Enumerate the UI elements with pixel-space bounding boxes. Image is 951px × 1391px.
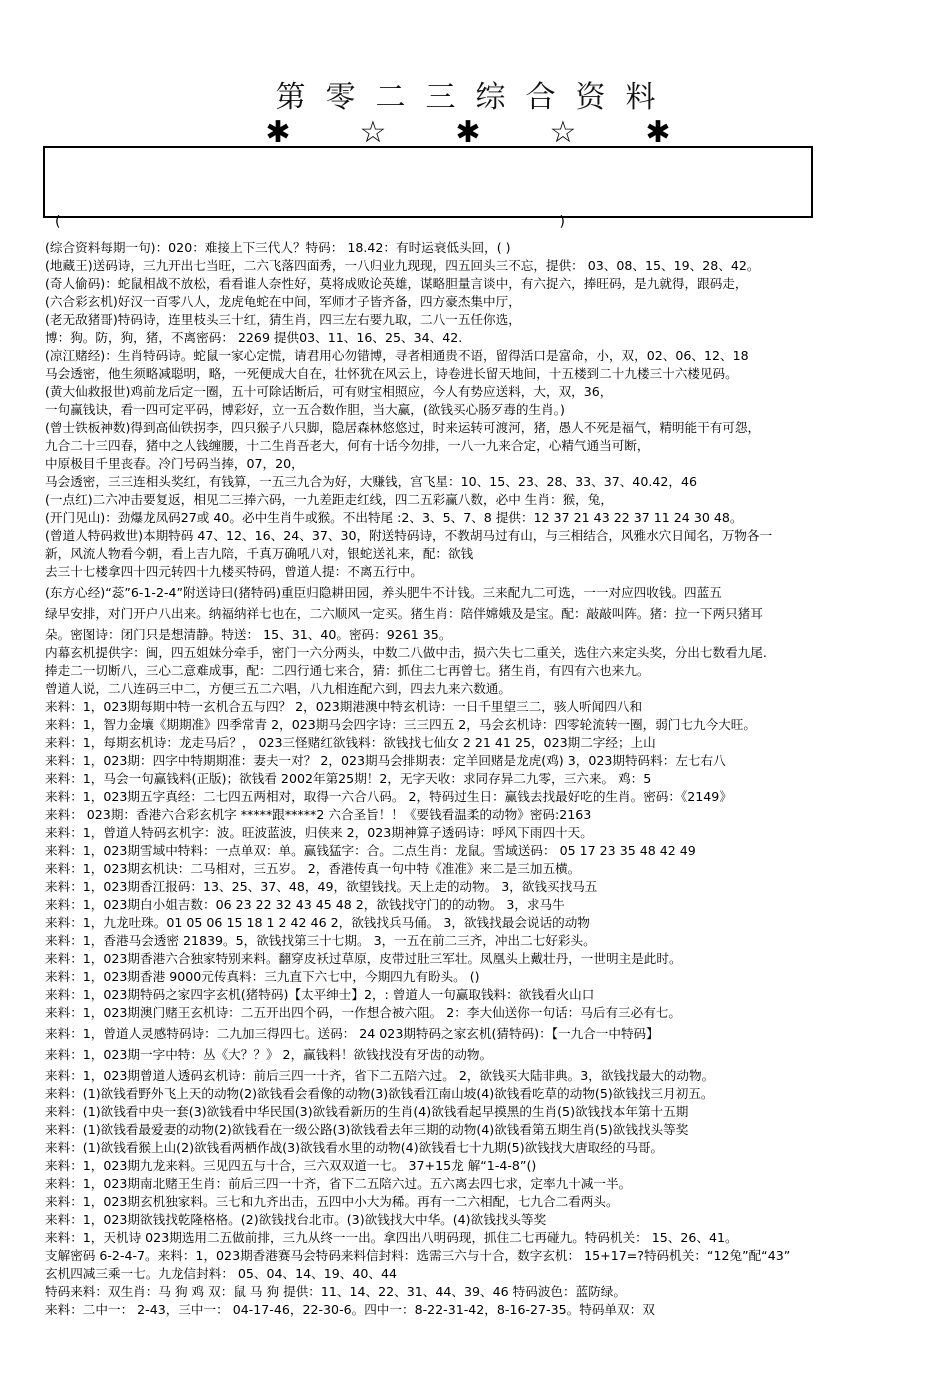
text-line: 九合二十三四春，猪中之人钱缠腰，十二生肖吾老大，何有十话今勿排，一八一九来合定，… xyxy=(45,437,945,455)
text-line: 来料：1，马会一句赢钱料(正版)；欲钱看 2002年第25期！2，无字天收：求同… xyxy=(45,770,945,788)
text-line: 去三十七楼拿四十四元转四十九楼买特码，曾道人提：不离五行中。 xyxy=(45,563,945,581)
text-line: 来料：1，023期五字真经：二七四五两相对，取得一六合八码。 2，特码过生日：赢… xyxy=(45,788,945,806)
text-line: (东方心经)“蕊”6-1-2-4”附送诗曰(猪特码)重臣归隐耕田园，养头肥牛不计… xyxy=(45,584,945,602)
text-line: 新，风流人物看今朝，看上吉九陪，千真万确吼八对，银蛇送礼来，配：欲钱 xyxy=(45,545,945,563)
asterisk-star-icon: ✱ xyxy=(448,118,488,148)
page-title: 第零二三综合资料 xyxy=(0,72,951,116)
asterisk-star-icon: ✱ xyxy=(638,118,678,148)
text-line: 来料：1，香港马会透密 21839。5，欲钱找第三十七期。 3，一五在前二三齐，… xyxy=(45,932,945,950)
text-line: 来料：1，九龙吐珠。01 05 06 15 18 1 2 42 46 2，欲钱找… xyxy=(45,914,945,932)
text-line: 来料：1，023期雪域中特料：一点单双：单。赢钱猛字：合。二点生肖：龙鼠。雪域送… xyxy=(45,842,945,860)
text-line: (奇人偷码)：蛇鼠相战不放松，看看谁人奈性好，莫将成败论英雄，谋略胆量言谈中，有… xyxy=(45,275,945,293)
text-line: 中原极目千里丧春。冷门号码当捧，07，20， xyxy=(45,455,945,473)
text-line: 来料：1，023期南北赌王生肖：前后三四一十齐，省下二五陪六过。五六离去四七求，… xyxy=(45,1175,945,1193)
text-line: 马会透密，他生须略减聪明，略，一死便成大自在，壮怀犹在风云上，诗卷进长留天地间，… xyxy=(45,365,945,383)
text-line: 来料：1，曾道人特码玄机字：波。旺波蓝波，归侠来 2，023期神算子透码诗：呼风… xyxy=(45,824,945,842)
text-line: 来料：1，023期香港 9000元传真料：三九直下六七中，今期四九有盼头。 () xyxy=(45,968,945,986)
text-line: 来料：1，每期玄机诗：龙走马后？， 023三怪赌红欲钱料：欲钱找七仙女 2 21… xyxy=(45,734,945,752)
text-line: 博：狗。防，狗，猪，不离密码： 2269 提供03、11、16、25、34、42… xyxy=(45,329,945,347)
text-line: 特码来料：双生肖：马 狗 鸡 双：鼠 马 狗 提供：11、14、22、31、44… xyxy=(45,1283,945,1301)
text-line: 来料：1，023期曾道人透码玄机诗：前后三四一十齐，省下二五陪六过。 2，欲钱买… xyxy=(45,1067,945,1085)
text-line: 来料：1，智力金壤《期期准》四季常青 2，023期马会四字诗：三三四五 2，马会… xyxy=(45,716,945,734)
asterisk-star-icon: ✱ xyxy=(258,118,298,148)
text-line: (黄大仙救报世)鸡前龙后定一圈，五十可除话断后，可有财宝相照应，今人有势应送料，… xyxy=(45,383,945,401)
outline-star-icon: ☆ xyxy=(543,118,583,148)
document-body: (综合资料每期一句)：020：难接上下三代人？特码： 18.42：有时运衰低头回… xyxy=(45,239,945,1319)
text-line: 内幕玄机提供字：闽，四五姐妹分牵手，密门一六分两头，中数二八做中击，损六失七二重… xyxy=(45,644,945,662)
text-line: (地藏王)送码诗，三九开出七当旺，二六飞落四面秀，一八归业九现现，四五回头三不忘… xyxy=(45,257,945,275)
text-line: 来料：(1)欲钱看最爱妻的动物(2)欲钱看在一级公路(3)欲钱看去年三期的动物(… xyxy=(45,1121,945,1139)
text-line: 捧走二一切断八，三心二意难成事，配：二四行通七来合，猜：抓住二七再曾七。猪生肖，… xyxy=(45,662,945,680)
text-line: 来料：1，023期九龙来料。三见四五与十合，三六双双道一七。 37+15龙 解“… xyxy=(45,1157,945,1175)
text-line: 来料：二中一： 2-43，三中一： 04-17-46，22-30-6。四中一：8… xyxy=(45,1301,945,1319)
text-line: (曾道人特码救世)本期特码 47、12、16、24、37、30，附送特码诗，不教… xyxy=(45,527,945,545)
text-line: 绿早安排，对门开户八出来。纳福纳祥七也在，二六顺风一定买。猪生肖：陪伴嫦娥及是宝… xyxy=(45,605,945,623)
text-line: (综合资料每期一句)：020：难接上下三代人？特码： 18.42：有时运衰低头回… xyxy=(45,239,945,257)
text-line: 朵。密图诗：闭门只是想清静。特送： 15、31、40。密码：9261 35。 xyxy=(45,626,945,644)
text-line: 来料：1，023期一字中特：丛《大？？》 2，赢钱料！欲钱找没有牙齿的动物。 xyxy=(45,1046,945,1064)
text-line: 曾道人说，二八连码三中二，方便三五二六唱，八九相连配六到，四去九来六数通。 xyxy=(45,680,945,698)
text-line: 来料：1，023期白小姐吉数：06 23 22 32 43 45 48 2，欲钱… xyxy=(45,896,945,914)
text-line: 玄机四减三乘一七。九龙信封料： 05、04、14、19、40、44 xyxy=(45,1265,945,1283)
text-line: 来料：(1)欲钱看野外飞上天的动物(2)欲钱看会看像的动物(3)欲钱看江南山坡(… xyxy=(45,1085,945,1103)
text-line: 来料：1，023期玄机诀：二马相对，三五岁。 2，香港传真一句中特《准准》来二是… xyxy=(45,860,945,878)
blank-banner-box xyxy=(43,146,813,218)
right-paren: ) xyxy=(560,214,565,232)
text-line: (开门见山)：劲爆龙凤码27或 40。必中生肖牛或猴。不出特尾 :2、3、5、7… xyxy=(45,509,945,527)
text-line: (凉江赌经)：生肖特码诗。蛇鼠一家心定慌，请君用心勿错博，寻者相通贵不语，留得活… xyxy=(45,347,945,365)
text-line: 来料：(1)欲钱看中央一套(3)欲钱看中华民国(3)欲钱看新历的生肖(4)欲钱看… xyxy=(45,1103,945,1121)
text-line: 来料：1，023期每期中特一玄机合五与四？ 2，023期港澳中特玄机诗：一日千里… xyxy=(45,698,945,716)
text-line: 马会透密，三三连相头奖红，有钱算，一五三九合为好，大赚钱，宫飞星：10、15、2… xyxy=(45,473,945,491)
outline-star-icon: ☆ xyxy=(353,118,393,148)
text-line: 来料：1，023期：四字中特期期准：妻夫一对？ 2，023期马会排期表：定羊回赌… xyxy=(45,752,945,770)
text-line: 来料：1，023期特码之家四字玄机(猪特码)【太平绅士】2，: 曾道人一句赢取钱… xyxy=(45,986,945,1004)
text-line: 支解密码 6-2-4-7。来料：1，023期香港赛马会特码来料信封料：选需三六与… xyxy=(45,1247,945,1265)
text-line: 来料：1，023期澳门赌王玄机诗：二五开出四个码，一作想合被六阻。 2：李大仙送… xyxy=(45,1004,945,1022)
text-line: (一点红)二六冲击要复返，相见二三捧六码，一九差距走红线，四二五彩赢八数，必中 … xyxy=(45,491,945,509)
text-line: (老无敌猪哥)特码诗，连里枝头三十红，猜生肖，四三左右要九取，二八一五任你选， xyxy=(45,311,945,329)
text-line: 来料：1，023期玄机独家料。三七和九齐出击，五四中小大为稀。再有一二六相配，七… xyxy=(45,1193,945,1211)
bracket-row: ( ) xyxy=(55,214,565,232)
text-line: 来料：1，023期香港六合独家特别来料。翻穿皮袄过草原，皮带过肚三军壮。凤凰头上… xyxy=(45,950,945,968)
text-line: 一句赢钱诀，看一四可定平码，博彩好，立一五合数作胆，当大赢，(欲钱买心肠歹毒的生… xyxy=(45,401,945,419)
text-line: 来料：(1)欲钱看猴上山(2)欲钱看两栖作战(3)欲钱看水里的动物(4)欲钱看七… xyxy=(45,1139,945,1157)
text-line: (曾士铁板神数)得到高仙铁拐李，四只猴子八只脚，隐居森林悠悠过，时来运转可渡河，… xyxy=(45,419,945,437)
text-line: (六合彩玄机)好汉一百零八人，龙虎龟蛇在中间，军师才子皆齐备，四方豪杰集中厅， xyxy=(45,293,945,311)
left-paren: ( xyxy=(55,214,60,232)
text-line: 来料：1，023期欲钱找乾隆格格。(2)欲钱找台北市。(3)欲钱找大中华。(4)… xyxy=(45,1211,945,1229)
text-line: 来料： 023期：香港六合彩玄机字 *****跟*****2 六合圣旨！！《要钱… xyxy=(45,806,945,824)
text-line: 来料：1，023期香江报码：13、25、37、48，49，欲望钱找。天上走的动物… xyxy=(45,878,945,896)
star-row: ✱ ☆ ✱ ☆ ✱ xyxy=(258,118,678,148)
text-line: 来料：1，天机诗 023期选用二五做前排，三九从终一一出。拿四出八明码现，抓住二… xyxy=(45,1229,945,1247)
text-line: 来料：1，曾道人灵感特码诗：二九加三得四七。送码： 24 023期特码之家玄机(… xyxy=(45,1025,945,1043)
